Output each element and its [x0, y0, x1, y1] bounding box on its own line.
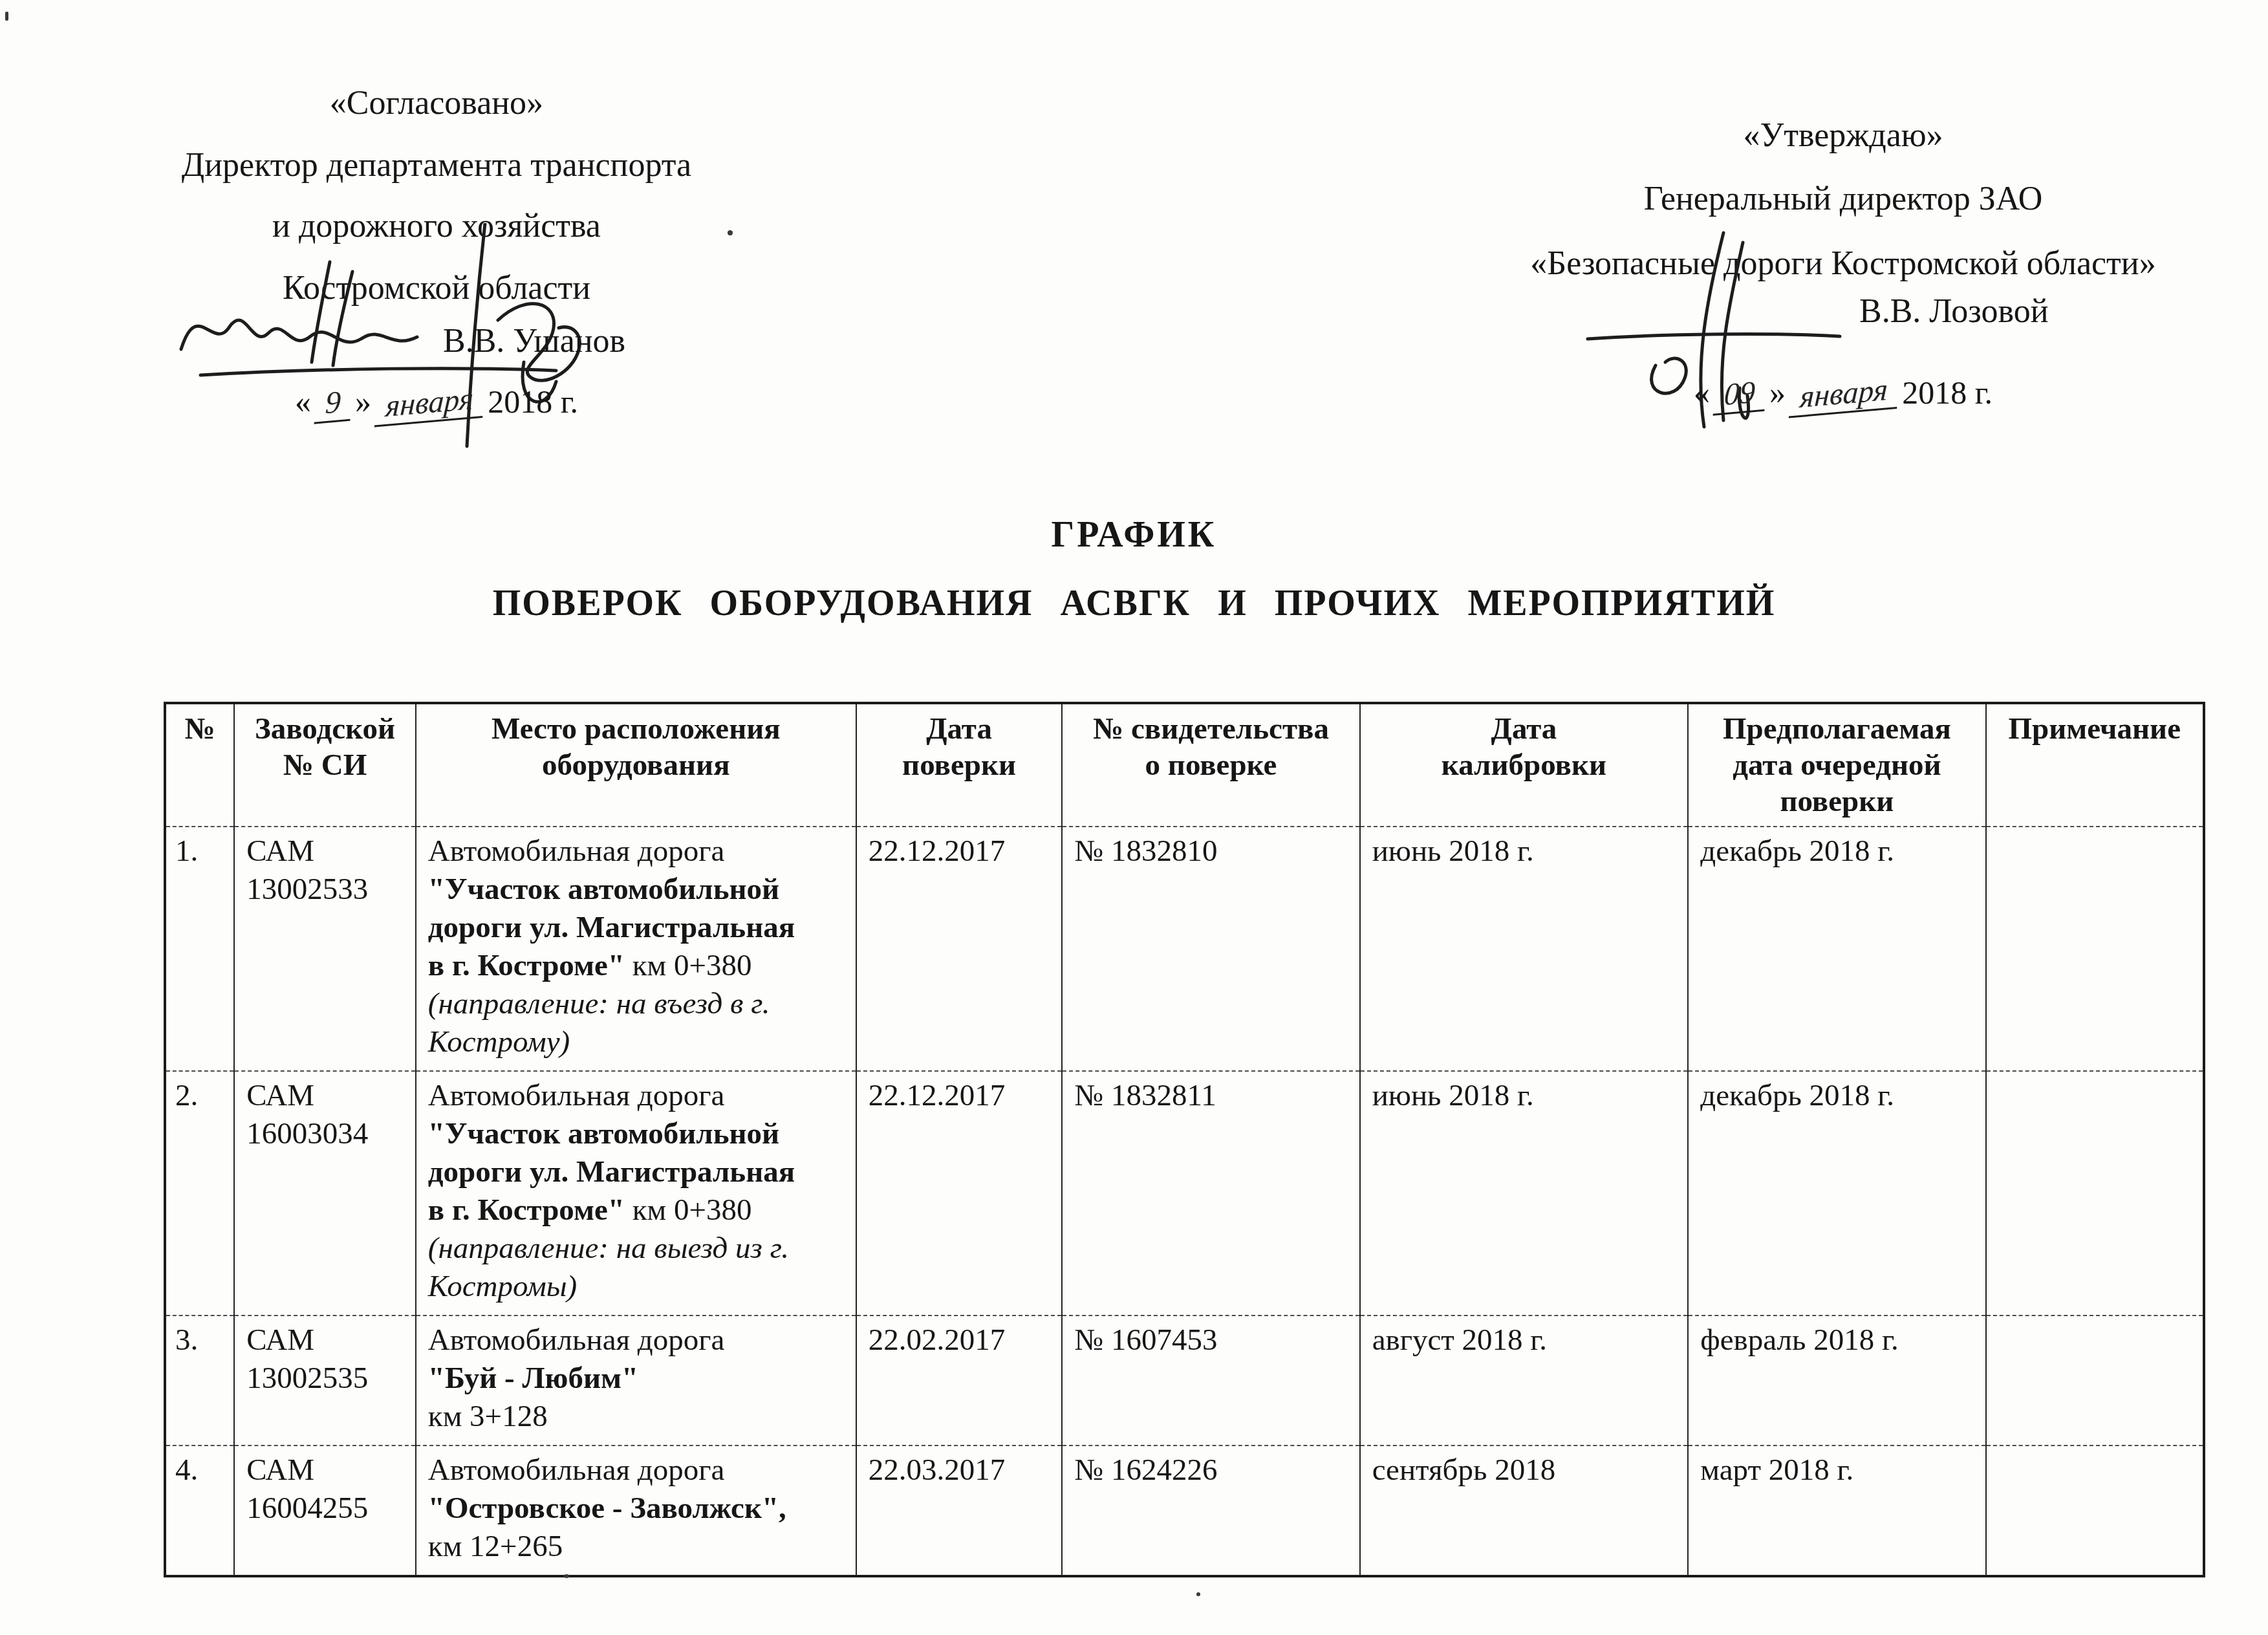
header-cell: № — [165, 703, 234, 827]
date-year: 2018 г. — [488, 383, 578, 420]
location-segment: Автомобильная дорога — [428, 1453, 725, 1487]
location-line: Кострому) — [428, 1023, 847, 1061]
cell-serial: САМ13002535 — [234, 1316, 416, 1446]
serial-line: 13002535 — [246, 1359, 406, 1398]
cell-location: Автомобильная дорога"Участок автомобильн… — [416, 1071, 856, 1316]
header-line: Место расположения — [420, 711, 852, 747]
header-line: № — [170, 711, 230, 747]
location-line: дороги ул. Магистральная — [428, 1153, 847, 1191]
location-line: "Участок автомобильной — [428, 871, 847, 909]
table-row: 4.САМ16004255Автомобильная дорога"Остров… — [165, 1446, 2204, 1576]
table-header-row: №Заводской№ СИМесто расположенияоборудов… — [165, 703, 2204, 827]
serial-line: САМ — [246, 832, 406, 871]
cell-certificate: № 1607453 — [1062, 1316, 1359, 1446]
location-line: дороги ул. Магистральная — [428, 909, 847, 947]
scan-speck — [1196, 1592, 1200, 1596]
table-row: 2.САМ16003034Автомобильная дорога"Участо… — [165, 1071, 2204, 1316]
cell-certificate: № 1624226 — [1062, 1446, 1359, 1576]
location-line: (направление: на выезд из г. — [428, 1229, 847, 1268]
cell-num: 3. — [165, 1316, 234, 1446]
cell-next-check: февраль 2018 г. — [1688, 1316, 1985, 1446]
handwritten-month: января — [374, 380, 485, 427]
header-line: Дата — [1365, 711, 1684, 747]
cell-calibration: август 2018 г. — [1360, 1316, 1689, 1446]
header-line: поверки — [861, 747, 1057, 783]
location-segment: Автомобильная дорога — [428, 1079, 725, 1112]
approval-line: «Утверждаю» — [1507, 116, 2179, 155]
header-line: Примечание — [1991, 711, 2199, 747]
location-line: Автомобильная дорога — [428, 1077, 847, 1115]
location-line: Автомобильная дорога — [428, 1321, 847, 1359]
header-line: о поверке — [1066, 747, 1355, 783]
cell-check-date: 22.03.2017 — [856, 1446, 1062, 1576]
document-page: «Согласовано» Директор департамента тран… — [0, 0, 2268, 1635]
approval-right-block: «Утверждаю» Генеральный директор ЗАО «Бе… — [1507, 116, 2179, 479]
location-segment: "Участок автомобильной — [428, 1117, 779, 1151]
location-line: км 12+265 — [428, 1528, 847, 1566]
handwritten-day: 09 — [1713, 373, 1767, 415]
location-line: в г. Костроме" км 0+380 — [428, 1191, 847, 1229]
cell-location: Автомобильная дорога"Буй - Любим"км 3+12… — [416, 1316, 856, 1446]
table-body: 1.САМ13002533Автомобильная дорога"Участо… — [165, 827, 2204, 1576]
cell-location: Автомобильная дорога"Участок автомобильн… — [416, 827, 856, 1071]
cell-next-check: декабрь 2018 г. — [1688, 827, 1985, 1071]
approval-left-block: «Согласовано» Директор департамента тран… — [113, 84, 760, 485]
scan-speck — [5, 12, 8, 21]
location-line: (направление: на въезд в г. — [428, 985, 847, 1023]
approval-line: Генеральный директор ЗАО — [1507, 180, 2179, 218]
location-line: Автомобильная дорога — [428, 832, 847, 871]
document-subtitle: ПОВЕРОК ОБОРУДОВАНИЯ АСВГК И ПРОЧИХ МЕРО… — [0, 583, 2268, 624]
table-row: 3.САМ13002535Автомобильная дорога"Буй - … — [165, 1316, 2204, 1446]
cell-check-date: 22.12.2017 — [856, 827, 1062, 1071]
approval-line: Директор департамента транспорта — [113, 146, 760, 184]
quote-close: » — [355, 383, 371, 420]
location-segment: (направление: на выезд из г. — [428, 1231, 789, 1265]
cell-num: 1. — [165, 827, 234, 1071]
scan-speck — [728, 230, 733, 235]
header-cell: Датаповерки — [856, 703, 1062, 827]
location-segment: дороги ул. Магистральная — [428, 1155, 795, 1189]
cell-serial: САМ13002533 — [234, 827, 416, 1071]
header-line: Предполагаемая — [1692, 711, 1981, 747]
location-line: "Участок автомобильной — [428, 1115, 847, 1153]
date-year: 2018 г. — [1902, 374, 1993, 411]
schedule-table-wrapper: №Заводской№ СИМесто расположенияоборудов… — [164, 702, 2205, 1577]
table-row: 1.САМ13002533Автомобильная дорога"Участо… — [165, 827, 2204, 1071]
header-line: дата очередной — [1692, 747, 1981, 783]
signer-name: В.В. Ушанов — [443, 322, 625, 360]
serial-line: САМ — [246, 1077, 406, 1115]
location-segment: дороги ул. Магистральная — [428, 911, 795, 944]
header-line: оборудования — [420, 747, 852, 783]
cell-next-check: март 2018 г. — [1688, 1446, 1985, 1576]
header-cell: Заводской№ СИ — [234, 703, 416, 827]
location-line: Костромы) — [428, 1268, 847, 1306]
location-line: "Буй - Любим" — [428, 1359, 847, 1398]
serial-line: 16004255 — [246, 1489, 406, 1528]
location-line: Автомобильная дорога — [428, 1451, 847, 1489]
cell-next-check: декабрь 2018 г. — [1688, 1071, 1985, 1316]
schedule-table: №Заводской№ СИМесто расположенияоборудов… — [164, 702, 2205, 1577]
header-cell: Место расположенияоборудования — [416, 703, 856, 827]
cell-check-date: 22.02.2017 — [856, 1316, 1062, 1446]
cell-num: 4. — [165, 1446, 234, 1576]
approval-line: «Согласовано» — [113, 84, 760, 122]
cell-calibration: июнь 2018 г. — [1360, 827, 1689, 1071]
location-segment: км 3+128 — [428, 1400, 548, 1433]
header-line: поверки — [1692, 783, 1981, 819]
cell-serial: САМ16004255 — [234, 1446, 416, 1576]
cell-num: 2. — [165, 1071, 234, 1316]
location-segment: км 0+380 — [625, 949, 752, 982]
cell-check-date: 22.12.2017 — [856, 1071, 1062, 1316]
cell-certificate: № 1832810 — [1062, 827, 1359, 1071]
date-line: «9» января 2018 г. — [113, 383, 760, 422]
location-segment: в г. Костроме" — [428, 1193, 625, 1227]
title-block: ГРАФИК ПОВЕРОК ОБОРУДОВАНИЯ АСВГК И ПРОЧ… — [0, 514, 2268, 624]
cell-calibration: сентябрь 2018 — [1360, 1446, 1689, 1576]
header-line: Заводской — [239, 711, 411, 747]
header-cell: № свидетельствао поверке — [1062, 703, 1359, 827]
cell-serial: САМ16003034 — [234, 1071, 416, 1316]
location-line: "Островское - Заволжск", — [428, 1489, 847, 1528]
serial-line: САМ — [246, 1321, 406, 1359]
header-cell: Датакалибровки — [1360, 703, 1689, 827]
location-segment: км 0+380 — [625, 1193, 752, 1227]
scan-speck — [564, 1574, 569, 1578]
cell-note — [1986, 1071, 2204, 1316]
document-title: ГРАФИК — [0, 514, 2268, 556]
cell-location: Автомобильная дорога"Островское - Заволж… — [416, 1446, 856, 1576]
location-segment: в г. Костроме" — [428, 949, 625, 982]
location-segment: "Островское - Заволжск", — [428, 1491, 786, 1525]
cell-note — [1986, 827, 2204, 1071]
header-cell: Предполагаемаядата очереднойповерки — [1688, 703, 1985, 827]
header-line: Дата — [861, 711, 1057, 747]
location-segment: Кострому) — [428, 1025, 570, 1059]
cell-note — [1986, 1316, 2204, 1446]
cell-calibration: июнь 2018 г. — [1360, 1071, 1689, 1316]
handwritten-day: 9 — [314, 383, 352, 424]
handwritten-month: января — [1789, 371, 1899, 418]
header-cell: Примечание — [1986, 703, 2204, 827]
quote-close: » — [1769, 374, 1786, 411]
cell-note — [1986, 1446, 2204, 1576]
location-segment: (направление: на въезд в г. — [428, 987, 770, 1021]
location-segment: "Буй - Любим" — [428, 1361, 638, 1395]
serial-line: САМ — [246, 1451, 406, 1489]
header-line: № СИ — [239, 747, 411, 783]
date-line: «09» января 2018 г. — [1507, 374, 2179, 413]
location-line: в г. Костроме" км 0+380 — [428, 947, 847, 985]
location-segment: "Участок автомобильной — [428, 872, 779, 906]
location-segment: Автомобильная дорога — [428, 1323, 725, 1357]
signer-name: В.В. Лозовой — [1859, 292, 2049, 330]
location-segment: км 12+265 — [428, 1530, 563, 1563]
location-segment: Автомобильная дорога — [428, 834, 725, 868]
quote-open: « — [295, 383, 311, 420]
location-line: км 3+128 — [428, 1398, 847, 1436]
location-segment: Костромы) — [428, 1270, 577, 1303]
quote-open: « — [1694, 374, 1710, 411]
cell-certificate: № 1832811 — [1062, 1071, 1359, 1316]
header-line: калибровки — [1365, 747, 1684, 783]
serial-line: 16003034 — [246, 1115, 406, 1153]
header-line: № свидетельства — [1066, 711, 1355, 747]
serial-line: 13002533 — [246, 871, 406, 909]
